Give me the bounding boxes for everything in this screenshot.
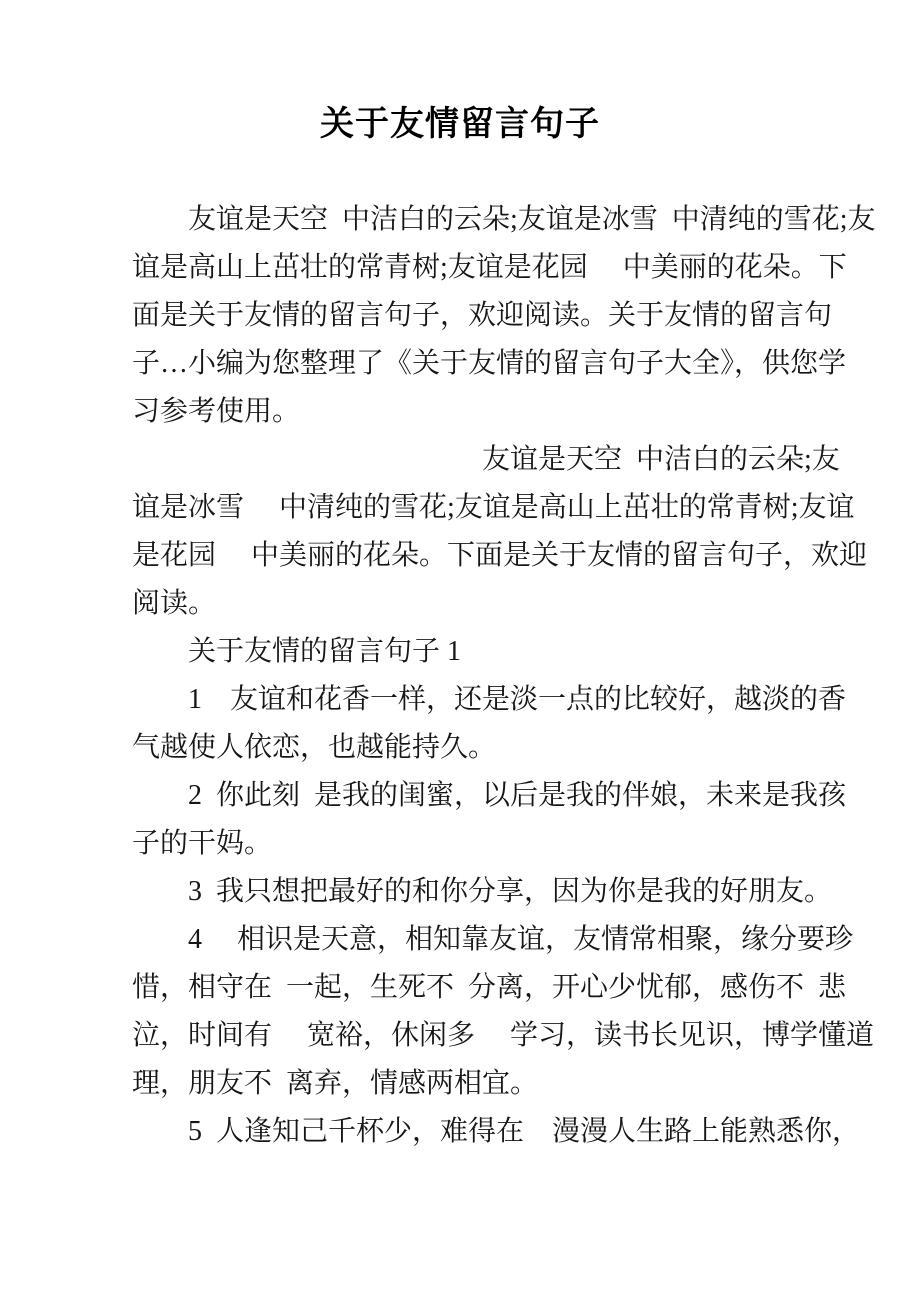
text-line-intro: 谊是高山上茁壮的常青树;友谊是花园 中美丽的花朵。下 [132, 244, 848, 292]
text-line-section-heading: 关于友情的留言句子 1 [132, 628, 848, 676]
text-line-intro-repeat: 是花园 中美丽的花朵。下面是关于友情的留言句子，欢迎 [132, 532, 848, 580]
text-line-item-1: 气越使人依恋，也越能持久。 [132, 724, 848, 772]
document-body: 友谊是天空 中洁白的云朵;友谊是冰雪 中清纯的雪花;友谊是高山上茁壮的常青树;友… [132, 196, 848, 1156]
text-line-intro: 习参考使用。 [132, 388, 848, 436]
text-line-item-2: 子的干妈。 [132, 820, 848, 868]
text-line-item-5: 5 人逢知己千杯少，难得在 漫漫人生路上能熟悉你， [132, 1108, 848, 1156]
text-line-intro-repeat: 友谊是天空 中洁白的云朵;友 [132, 436, 848, 484]
text-line-item-4: 泣，时间有 宽裕，休闲多 学习，读书长见识，博学懂道 [132, 1012, 848, 1060]
text-line-item-1: 1 友谊和花香一样，还是淡一点的比较好，越淡的香 [132, 676, 848, 724]
text-line-intro: 友谊是天空 中洁白的云朵;友谊是冰雪 中清纯的雪花;友 [132, 196, 848, 244]
document-page: 关于友情留言句子 友谊是天空 中洁白的云朵;友谊是冰雪 中清纯的雪花;友谊是高山… [0, 0, 920, 1302]
text-line-intro-repeat: 谊是冰雪 中清纯的雪花;友谊是高山上茁壮的常青树;友谊 [132, 484, 848, 532]
document-title: 关于友情留言句子 [0, 95, 920, 155]
text-line-item-3: 3 我只想把最好的和你分享，因为你是我的好朋友。 [132, 868, 848, 916]
text-line-item-2: 2 你此刻 是我的闺蜜，以后是我的伴娘，未来是我孩 [132, 772, 848, 820]
text-line-intro: 子…小编为您整理了《关于友情的留言句子大全》，供您学 [132, 340, 848, 388]
text-line-intro-repeat: 阅读。 [132, 580, 848, 628]
text-line-item-4: 4 相识是天意，相知靠友谊，友情常相聚，缘分要珍 [132, 916, 848, 964]
text-line-item-4: 理，朋友不 离弃，情感两相宜。 [132, 1060, 848, 1108]
text-line-intro: 面是关于友情的留言句子，欢迎阅读。关于友情的留言句 [132, 292, 848, 340]
text-line-item-4: 惜，相守在 一起，生死不 分离，开心少忧郁，感伤不 悲 [132, 964, 848, 1012]
